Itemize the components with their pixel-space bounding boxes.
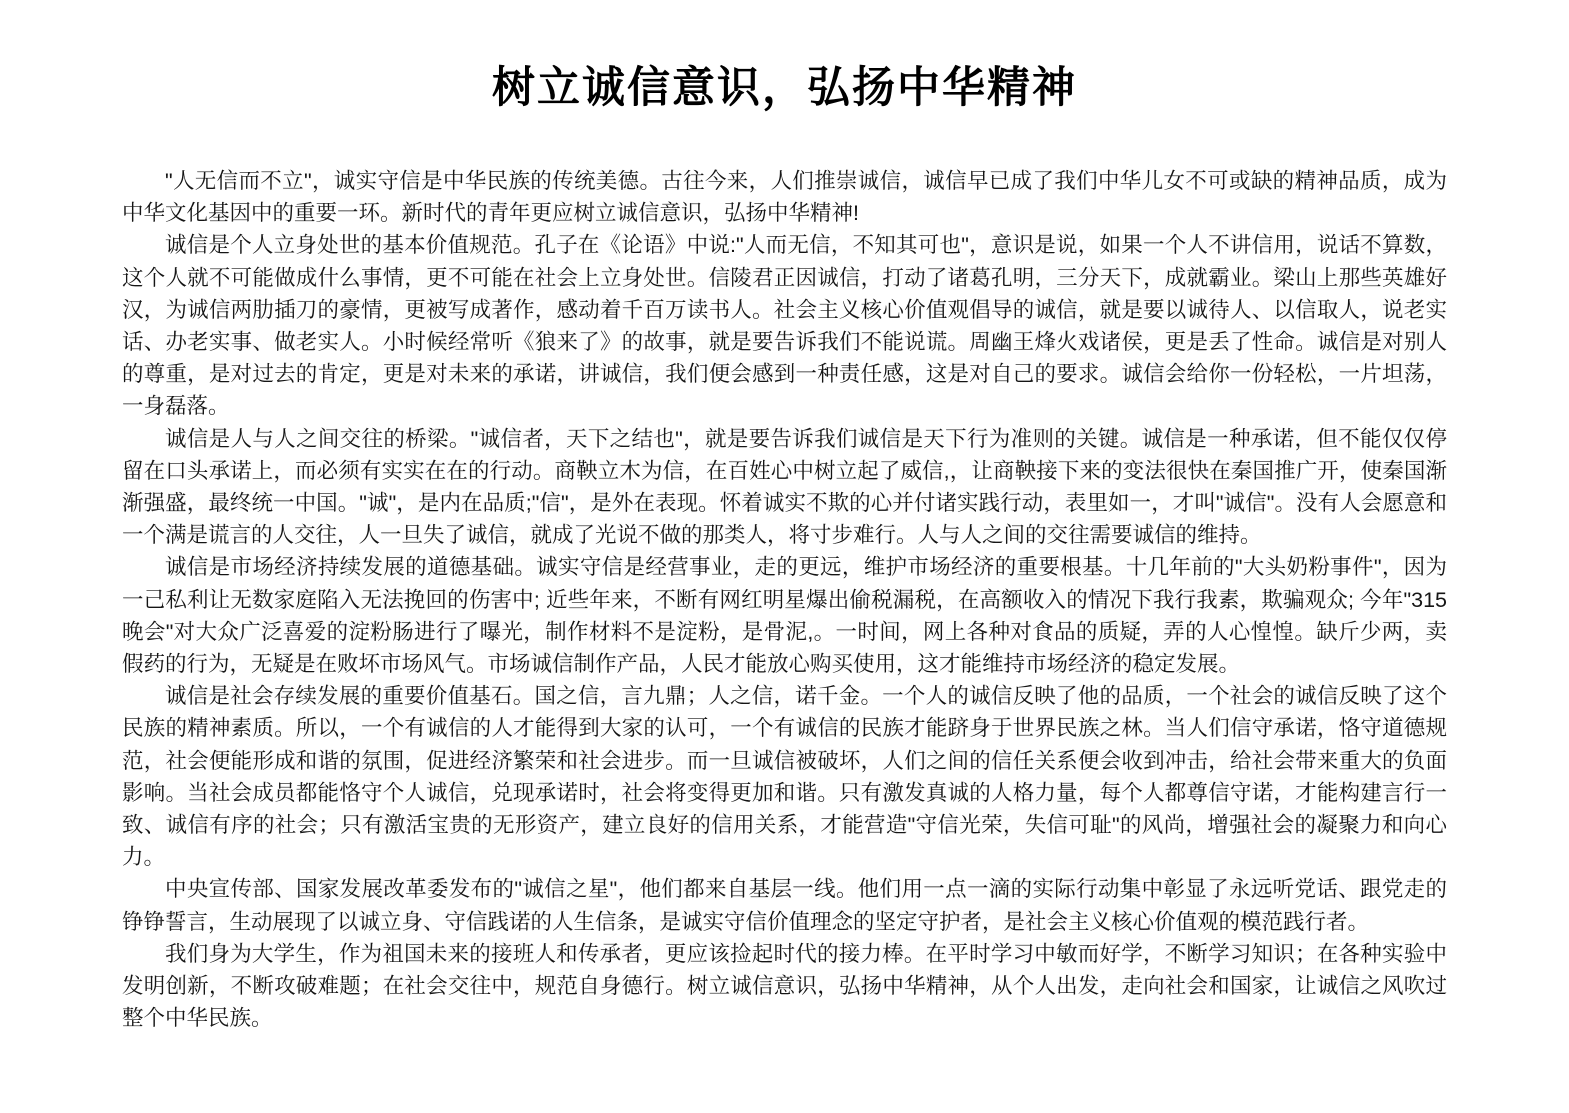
paragraph-conclusion: 我们身为大学生，作为祖国未来的接班人和传承者，更应该捡起时代的接力棒。在平时学习… <box>122 938 1447 1035</box>
paragraph-personal: 诚信是个人立身处世的基本价值规范。孔子在《论语》中说:"人而无信，不知其可也"，… <box>122 229 1447 422</box>
document-body: "人无信而不立"，诚实守信是中华民族的传统美德。古往今来，人们推崇诚信，诚信早已… <box>0 115 1569 1034</box>
paragraph-economy: 诚信是市场经济持续发展的道德基础。诚实守信是经营事业，走的更远，维护市场经济的重… <box>122 551 1447 680</box>
paragraph-bridge: 诚信是人与人之间交往的桥梁。"诚信者，天下之结也"，就是要告诉我们诚信是天下行为… <box>122 423 1447 552</box>
paragraph-intro: "人无信而不立"，诚实守信是中华民族的传统美德。古往今来，人们推崇诚信，诚信早已… <box>122 165 1447 229</box>
document-title: 树立诚信意识，弘扬中华精神 <box>0 54 1569 115</box>
paragraph-role-models: 中央宣传部、国家发展改革委发布的"诚信之星"，他们都来自基层一线。他们用一点一滴… <box>122 873 1447 937</box>
paragraph-society: 诚信是社会存续发展的重要价值基石。国之信，言九鼎；人之信，诺千金。一个人的诚信反… <box>122 680 1447 873</box>
document-page: 树立诚信意识，弘扬中华精神 "人无信而不立"，诚实守信是中华民族的传统美德。古往… <box>0 0 1569 1113</box>
